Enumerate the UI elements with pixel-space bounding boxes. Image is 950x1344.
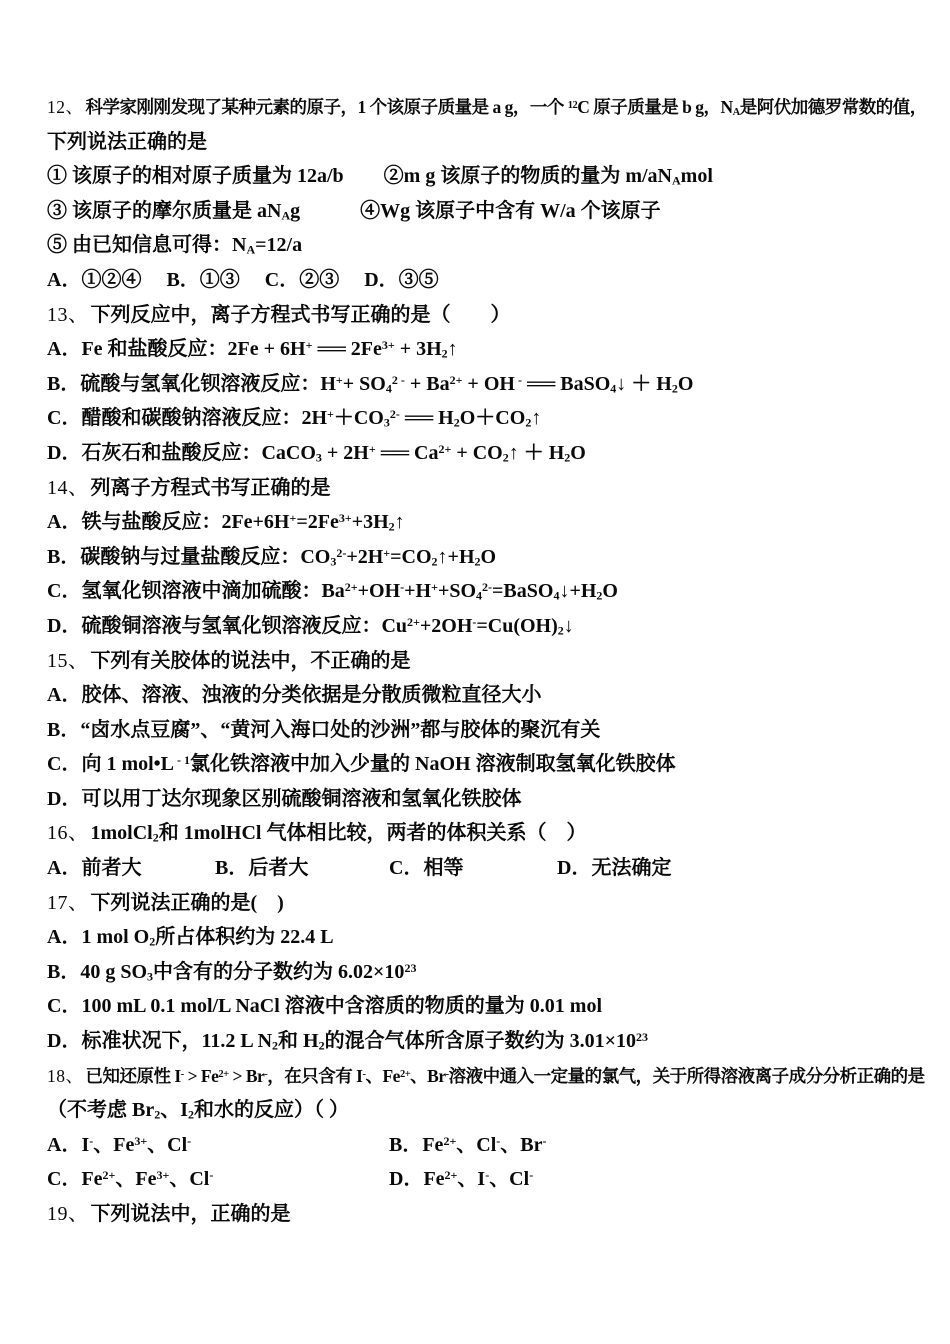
line-text: 下列说法中，正确的是	[91, 1203, 291, 1225]
question-line: 13、下列反应中，离子方程式书写正确的是（ ）	[47, 298, 912, 333]
text-line: B．“卤水点豆腐”、“黄河入海口处的沙洲”都与胶体的聚沉有关	[47, 713, 912, 748]
line-text: 1molCl2和 1molHCl 气体相比较，两者的体积关系（ ）	[91, 822, 587, 844]
line-text: （不考虑 Br2、I2和水的反应）（ ）	[47, 1099, 349, 1121]
text-line: B．碳酸钠与过量盐酸反应：CO32-+2H+=CO2↑+H2O	[47, 540, 912, 575]
line-text: D．硫酸铜溶液与氢氧化钡溶液反应：Cu2++2OH-=Cu(OH)2↓	[47, 615, 574, 637]
line-text: D．标准状况下，11.2 L N2和 H2的混合气体所含原子数约为 3.01×1…	[47, 1030, 648, 1052]
question-line: 16、1molCl2和 1molHCl 气体相比较，两者的体积关系（ ）	[47, 816, 912, 851]
line-text: ① 该原子的相对原子质量为 12a/b ②m g 该原子的物质的量为 m/aNA…	[47, 165, 713, 187]
text-line: C．向 1 mol•L - 1氯化铁溶液中加入少量的 NaOH 溶液制取氢氧化铁…	[47, 747, 912, 782]
line-text: B．硫酸与氢氧化钡溶液反应：H++ SO42 - + Ba2+ + OH - ═…	[47, 373, 693, 395]
line-text: D．可以用丁达尔现象区别硫酸铜溶液和氢氧化铁胶体	[47, 788, 521, 810]
text-line: ⑤ 由已知信息可得：NA=12/a	[47, 228, 912, 263]
text-line: A．胶体、溶液、浊液的分类依据是分散质微粒直径大小	[47, 678, 912, 713]
question-line: 18、已知还原性 I- > Fe2+ > Br-，在只含有 I-、Fe2+、Br…	[47, 1059, 912, 1094]
text-line: A．①②④ B．①③ C．②③ D．③⑤	[47, 263, 912, 298]
answer-option: C．Fe2+、Fe3+、Cl-	[47, 1162, 389, 1197]
text-line: D．可以用丁达尔现象区别硫酸铜溶液和氢氧化铁胶体	[47, 782, 912, 817]
text-line: D．石灰石和盐酸反应：CaCO3 + 2H+ ══ Ca2+ + CO2↑ ＋ …	[47, 436, 912, 471]
line-text: A．1 mol O2所占体积约为 22.4 L	[47, 926, 334, 948]
text-line: C．氢氧化钡溶液中滴加硫酸：Ba2++OH-+H++SO42-=BaSO4↓+H…	[47, 574, 912, 609]
text-line: B．40 g SO3中含有的分子数约为 6.02×1023	[47, 955, 912, 990]
line-text: B．“卤水点豆腐”、“黄河入海口处的沙洲”都与胶体的聚沉有关	[47, 719, 600, 741]
question-line: 15、下列有关胶体的说法中，不正确的是	[47, 644, 912, 679]
line-text: 下列说法正确的是( )	[91, 892, 284, 914]
answer-option: A．前者大	[47, 851, 215, 886]
line-text: 列离子方程式书写正确的是	[91, 477, 331, 499]
line-text: B．40 g SO3中含有的分子数约为 6.02×1023	[47, 961, 416, 983]
line-text: C．醋酸和碳酸钠溶液反应：2H+＋CO32- ══ H2O＋CO2↑	[47, 407, 541, 429]
options-row: A．I-、Fe3+、Cl-B．Fe2+、Cl-、Br-	[47, 1128, 912, 1163]
answer-option: C．相等	[389, 851, 557, 886]
text-line: D．硫酸铜溶液与氢氧化钡溶液反应：Cu2++2OH-=Cu(OH)2↓	[47, 609, 912, 644]
question-number: 17、	[47, 892, 91, 914]
answer-option: D．Fe2+、I-、Cl-	[389, 1162, 912, 1197]
text-line: ③ 该原子的摩尔质量是 aNAg ④Wg 该原子中含有 W/a 个该原子	[47, 194, 912, 229]
line-text: 下列反应中，离子方程式书写正确的是（ ）	[91, 304, 511, 326]
question-number: 14、	[47, 477, 91, 499]
answer-option: D．无法确定	[557, 851, 912, 886]
text-line: 下列说法正确的是	[47, 125, 912, 160]
line-text: A．Fe 和盐酸反应：2Fe + 6H+ ══ 2Fe3+ + 3H2↑	[47, 338, 458, 360]
options-row: C．Fe2+、Fe3+、Cl-D．Fe2+、I-、Cl-	[47, 1162, 912, 1197]
question-number: 15、	[47, 650, 91, 672]
exam-content: 12、科学家刚刚发现了某种元素的原子，1 个该原子质量是 a g，一个 12C …	[0, 0, 950, 1232]
text-line: ① 该原子的相对原子质量为 12a/b ②m g 该原子的物质的量为 m/aNA…	[47, 159, 912, 194]
line-text: 科学家刚刚发现了某种元素的原子，1 个该原子质量是 a g，一个 12C 原子质…	[86, 97, 927, 117]
question-number: 12、	[47, 97, 86, 117]
line-text: D．石灰石和盐酸反应：CaCO3 + 2H+ ══ Ca2+ + CO2↑ ＋ …	[47, 442, 586, 464]
line-text: ⑤ 由已知信息可得：NA=12/a	[47, 234, 302, 256]
text-line: B．硫酸与氢氧化钡溶液反应：H++ SO42 - + Ba2+ + OH - ═…	[47, 367, 912, 402]
line-text: A．铁与盐酸反应：2Fe+6H+=2Fe3++3H2↑	[47, 511, 405, 533]
question-number: 18、	[47, 1066, 86, 1086]
answer-option: B．Fe2+、Cl-、Br-	[389, 1128, 912, 1163]
answer-option: A．I-、Fe3+、Cl-	[47, 1128, 389, 1163]
line-text: 下列有关胶体的说法中，不正确的是	[91, 650, 411, 672]
text-line: C．醋酸和碳酸钠溶液反应：2H+＋CO32- ══ H2O＋CO2↑	[47, 401, 912, 436]
answer-option: B．后者大	[215, 851, 389, 886]
line-text: 已知还原性 I- > Fe2+ > Br-，在只含有 I-、Fe2+、Br-溶液…	[86, 1066, 925, 1086]
question-number: 13、	[47, 304, 91, 326]
line-text: C．氢氧化钡溶液中滴加硫酸：Ba2++OH-+H++SO42-=BaSO4↓+H…	[47, 580, 618, 602]
text-line: A．Fe 和盐酸反应：2Fe + 6H+ ══ 2Fe3+ + 3H2↑	[47, 332, 912, 367]
line-text: 下列说法正确的是	[47, 131, 207, 153]
line-text: B．碳酸钠与过量盐酸反应：CO32-+2H+=CO2↑+H2O	[47, 546, 496, 568]
question-line: 12、科学家刚刚发现了某种元素的原子，1 个该原子质量是 a g，一个 12C …	[47, 90, 912, 125]
text-line: A．铁与盐酸反应：2Fe+6H+=2Fe3++3H2↑	[47, 505, 912, 540]
line-text: A．①②④ B．①③ C．②③ D．③⑤	[47, 269, 439, 291]
exam-page: 12、科学家刚刚发现了某种元素的原子，1 个该原子质量是 a g，一个 12C …	[0, 0, 950, 1344]
line-text: A．胶体、溶液、浊液的分类依据是分散质微粒直径大小	[47, 684, 541, 706]
line-text: C．向 1 mol•L - 1氯化铁溶液中加入少量的 NaOH 溶液制取氢氧化铁…	[47, 753, 676, 775]
line-text: C．100 mL 0.1 mol/L NaCl 溶液中含溶质的物质的量为 0.0…	[47, 995, 602, 1017]
question-line: 17、下列说法正确的是( )	[47, 886, 912, 921]
question-line: 19、下列说法中，正确的是	[47, 1197, 912, 1232]
text-line: C．100 mL 0.1 mol/L NaCl 溶液中含溶质的物质的量为 0.0…	[47, 989, 912, 1024]
text-line: D．标准状况下，11.2 L N2和 H2的混合气体所含原子数约为 3.01×1…	[47, 1024, 912, 1059]
question-number: 16、	[47, 822, 91, 844]
options-row: A．前者大B．后者大C．相等D．无法确定	[47, 851, 912, 886]
question-line: 14、列离子方程式书写正确的是	[47, 471, 912, 506]
text-line: A．1 mol O2所占体积约为 22.4 L	[47, 920, 912, 955]
text-line: （不考虑 Br2、I2和水的反应）（ ）	[47, 1093, 912, 1128]
question-number: 19、	[47, 1203, 91, 1225]
line-text: ③ 该原子的摩尔质量是 aNAg ④Wg 该原子中含有 W/a 个该原子	[47, 200, 661, 222]
